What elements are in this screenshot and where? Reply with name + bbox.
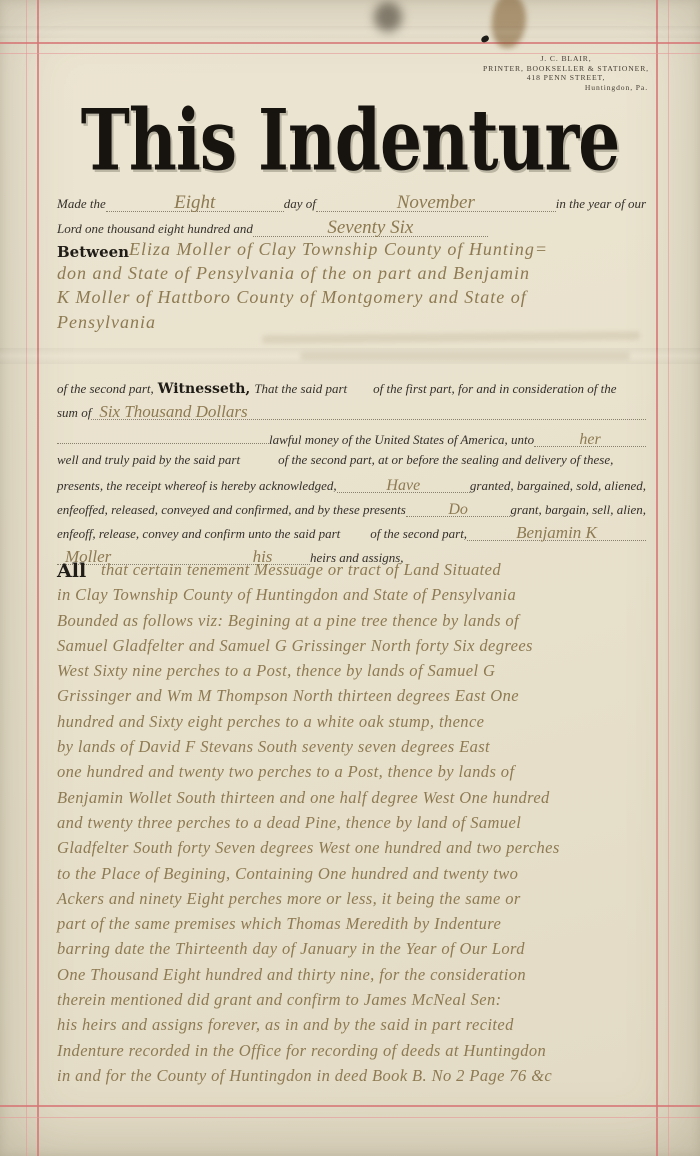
year-blank: Seventy Six (253, 221, 488, 237)
printer-street: 418 PENN STREET, (468, 73, 664, 83)
do-blank: Do (406, 501, 511, 517)
unto-handwriting: her (579, 431, 600, 449)
top-rule-dark (0, 42, 700, 44)
witnesseth-line-6: enfeoffed, released, conveyed and confir… (57, 501, 646, 518)
handwritten-line: one hundred and twenty two perches to a … (57, 759, 653, 784)
lord-prefix-label: Lord one thousand eight hundred and (57, 221, 253, 237)
month-handwriting: November (397, 192, 475, 214)
sum-handwriting: Six Thousand Dollars (99, 402, 247, 422)
parties-handwriting: Eliza Moller of Clay Township County of … (57, 237, 649, 334)
month-blank: November (316, 196, 556, 212)
print-text: sum of (57, 405, 91, 421)
have-handwriting: Have (386, 477, 420, 495)
handwritten-line: Gladfelter South forty Seven degrees Wes… (57, 835, 653, 860)
paper-crease (0, 26, 700, 38)
empty-blank (57, 428, 269, 444)
print-text: presents, the receipt whereof is hereby … (57, 478, 337, 494)
handwritten-line: One Thousand Eight hundred and thirty ni… (57, 962, 653, 987)
print-text: enfeoff, release, convey and confirm unt… (57, 526, 340, 542)
witnesseth-word: Witnesseth, (158, 381, 251, 397)
handwritten-line: that certain tenement Messuage or tract … (57, 557, 653, 582)
grantee-handwriting: Benjamin K (516, 523, 597, 543)
handwritten-line: Grissinger and Wm M Thompson North thirt… (57, 683, 653, 708)
made-prefix-label: Made the (57, 196, 106, 212)
handwritten-line: in and for the County of Huntingdon in d… (57, 1063, 653, 1088)
deed-document-page: J. C. BLAIR, PRINTER, BOOKSELLER & STATI… (0, 0, 700, 1156)
witnesseth-line-2: sum of Six Thousand Dollars (57, 404, 646, 421)
ink-showthrough (300, 352, 630, 360)
unto-blank: her (534, 431, 646, 447)
handwritten-line: hundred and Sixty eight perches to a whi… (57, 709, 653, 734)
print-text: of the second part, (57, 381, 154, 397)
handwritten-line: barring date the Thirteenth day of Janua… (57, 936, 653, 961)
document-title: This Indenture (0, 90, 700, 190)
handwritten-line: Benjamin Wollet South thirteen and one h… (57, 785, 653, 810)
handwritten-line: don and State of Pensylvania of the on p… (57, 261, 649, 285)
year-phrase-label: in the year of our (556, 196, 646, 212)
bottom-rule-light (0, 1117, 700, 1118)
handwritten-line: Indenture recorded in the Office for rec… (57, 1038, 653, 1063)
handwritten-line: by lands of David F Stevans South sevent… (57, 734, 653, 759)
day-of-label: day of (284, 196, 316, 212)
handwritten-line: and twenty three perches to a dead Pine,… (57, 810, 653, 835)
made-line: Made the Eight day of November in the ye… (57, 196, 646, 212)
day-handwriting: Eight (174, 192, 215, 214)
print-text: of the second part, at or before the sea… (278, 452, 613, 468)
print-text: granted, bargained, sold, aliened, (470, 478, 646, 494)
handwritten-line: his heirs and assigns forever, as in and… (57, 1012, 653, 1037)
print-text: lawful money of the United States of Ame… (269, 432, 534, 448)
year-handwriting: Seventy Six (327, 217, 413, 239)
print-text: of the first part, for and in considerat… (373, 381, 616, 397)
handwritten-line: part of the same premises which Thomas M… (57, 911, 653, 936)
witnesseth-line-4: well and truly paid by the said part of … (57, 452, 646, 468)
handwritten-line: Pensylvania (57, 310, 649, 334)
printer-name: J. C. BLAIR, (468, 54, 664, 64)
bottom-rule-dark (0, 1105, 700, 1107)
handwritten-line: West Sixty nine perches to a Post, thenc… (57, 658, 653, 683)
print-text: That the said part (254, 381, 347, 397)
lord-year-line: Lord one thousand eight hundred and Seve… (57, 221, 646, 237)
witnesseth-line-5: presents, the receipt whereof is hereby … (57, 477, 646, 494)
day-blank: Eight (106, 196, 284, 212)
handwritten-line: to the Place of Begining, Containing One… (57, 861, 653, 886)
handwritten-line: Eliza Moller of Clay Township County of … (57, 237, 649, 261)
witnesseth-line-1: of the second part, Witnesseth, That the… (57, 380, 646, 398)
witnesseth-line-3: lawful money of the United States of Ame… (57, 428, 646, 448)
do-handwriting: Do (448, 501, 468, 519)
sum-blank: Six Thousand Dollars (91, 404, 646, 420)
print-text: grant, bargain, sell, alien, (510, 502, 646, 518)
property-description-handwriting: that certain tenement Messuage or tract … (57, 557, 653, 1088)
handwritten-line: Bounded as follows viz: Begining at a pi… (57, 608, 653, 633)
handwritten-line: Ackers and ninety Eight perches more or … (57, 886, 653, 911)
grantee-blank: Benjamin K (467, 525, 646, 541)
print-text: of the second part, (370, 526, 467, 542)
handwritten-line: in Clay Township County of Huntingdon an… (57, 582, 653, 607)
handwritten-line: therein mentioned did grant and confirm … (57, 987, 653, 1012)
witnesseth-line-7: enfeoff, release, convey and confirm unt… (57, 525, 646, 542)
printer-imprint: J. C. BLAIR, PRINTER, BOOKSELLER & STATI… (468, 54, 664, 92)
handwritten-line: Samuel Gladfelter and Samuel G Grissinge… (57, 633, 653, 658)
have-blank: Have (337, 477, 470, 493)
print-text: well and truly paid by the said part (57, 452, 240, 468)
handwritten-line: K Moller of Hattboro County of Montgomer… (57, 285, 649, 309)
printer-trade: PRINTER, BOOKSELLER & STATIONER, (468, 64, 664, 74)
print-text: enfeoffed, released, conveyed and confir… (57, 502, 406, 518)
